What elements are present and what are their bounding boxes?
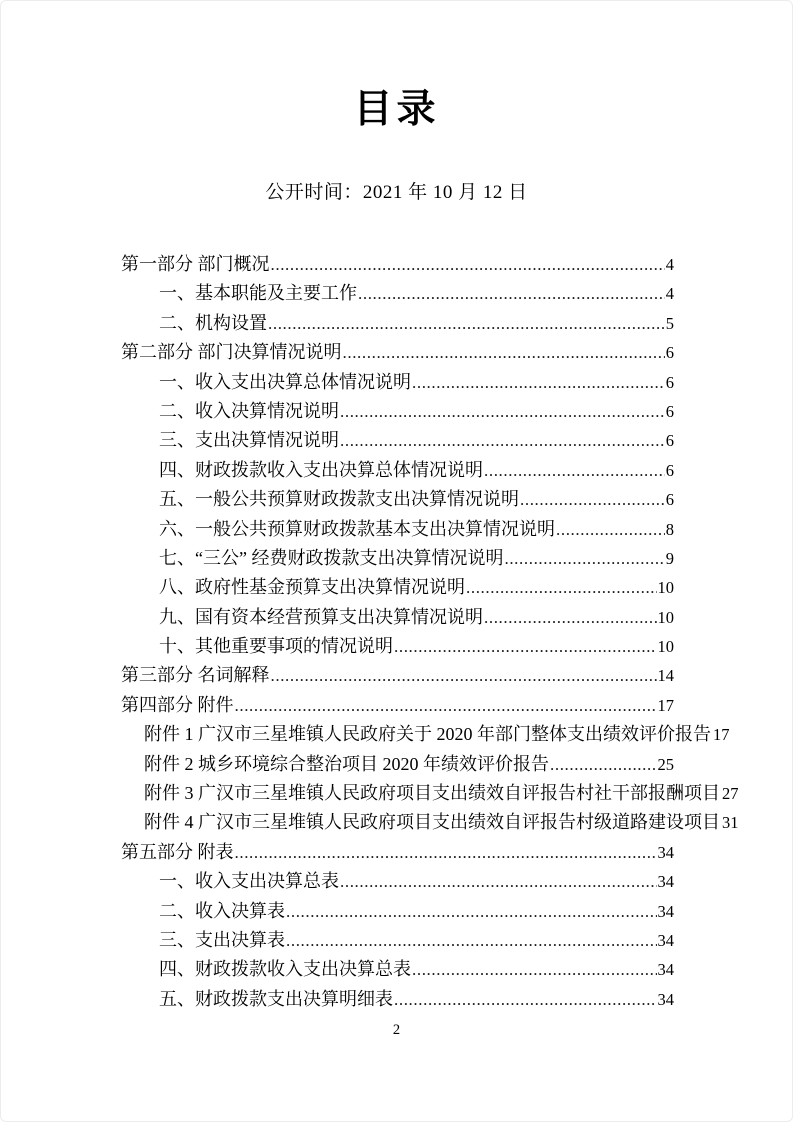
toc-entry[interactable]: 二、机构设置 .................................… <box>121 309 674 338</box>
toc-entry[interactable]: 二、收入决算情况说明 .............................… <box>121 397 674 426</box>
toc-entry[interactable]: 附件 1 广汉市三星堆镇人民政府关于 2020 年部门整体支出绩效评价报告 ..… <box>121 720 674 749</box>
toc-entry-label: 第五部分 附表 <box>121 838 234 867</box>
toc-entry-label: 七、“三公” 经费财政拨款支出决算情况说明 <box>159 544 503 573</box>
toc-entry-page-number: 34 <box>658 955 675 984</box>
dot-leader: ........................................… <box>504 544 664 573</box>
toc-entry-page-number: 8 <box>666 515 674 544</box>
dot-leader: ........................................… <box>550 750 657 779</box>
toc-entry-page-number: 6 <box>666 485 674 514</box>
toc-entry[interactable]: 五、财政拨款支出决算明细表 ..........................… <box>121 985 674 1014</box>
toc-entry-page-number: 14 <box>658 661 675 690</box>
toc-entry-page-number: 6 <box>666 426 674 455</box>
dot-leader: ........................................… <box>235 691 657 720</box>
toc-entry[interactable]: 十、其他重要事项的情况说明 ..........................… <box>121 632 674 661</box>
toc-entry[interactable]: 八、政府性基金预算支出决算情况说明 ......................… <box>121 573 674 602</box>
dot-leader: ........................................… <box>340 426 665 455</box>
toc-entry-label: 附件 1 广汉市三星堆镇人民政府关于 2020 年部门整体支出绩效评价报告 <box>144 720 711 749</box>
toc-entry-label: 一、基本职能及主要工作 <box>159 279 357 308</box>
dot-leader: ........................................… <box>520 485 665 514</box>
document-page: 目录 公开时间：2021 年 10 月 12 日 第一部分 部门概况 .....… <box>0 0 793 1122</box>
toc-entry-page-number: 34 <box>658 985 675 1014</box>
toc-entry-page-number: 6 <box>666 338 674 367</box>
toc-entry-label: 三、支出决算表 <box>159 926 285 955</box>
publish-time: 公开时间：2021 年 10 月 12 日 <box>1 181 792 205</box>
toc-entry-label: 第四部分 附件 <box>121 691 234 720</box>
toc-entry-page-number: 10 <box>658 632 675 661</box>
toc-entry-label: 四、财政拨款收入支出决算总表 <box>159 955 411 984</box>
toc-entry[interactable]: 二、收入决算表 ................................… <box>121 897 674 926</box>
toc-entry[interactable]: 第五部分 附表 ................................… <box>121 838 674 867</box>
dot-leader: ........................................… <box>394 985 657 1014</box>
toc-entry-page-number: 34 <box>658 867 675 896</box>
toc-entry-page-number: 6 <box>666 456 674 485</box>
dot-leader: ........................................… <box>358 279 665 308</box>
toc-entry[interactable]: 第三部分 名词解释 ..............................… <box>121 661 674 690</box>
toc-entry[interactable]: 第二部分 部门决算情况说明 ..........................… <box>121 338 674 367</box>
dot-leader: ........................................… <box>343 338 665 367</box>
page-number: 2 <box>1 1022 792 1039</box>
toc-entry[interactable]: 三、支出决算情况说明 .............................… <box>121 426 674 455</box>
toc-entry[interactable]: 一、收入支出决算总体情况说明 .........................… <box>121 368 674 397</box>
toc-entry-label: 第二部分 部门决算情况说明 <box>121 338 342 367</box>
toc-entry-page-number: 10 <box>658 573 675 602</box>
toc-entry[interactable]: 六、一般公共预算财政拨款基本支出决算情况说明 .................… <box>121 515 674 544</box>
dot-leader: ........................................… <box>412 955 657 984</box>
toc-entry-page-number: 17 <box>658 691 675 720</box>
toc-entry[interactable]: 四、财政拨款收入支出决算总表 .........................… <box>121 955 674 984</box>
toc-entry[interactable]: 七、“三公” 经费财政拨款支出决算情况说明 ..................… <box>121 544 674 573</box>
toc-entry[interactable]: 一、基本职能及主要工作 ............................… <box>121 279 674 308</box>
dot-leader: ........................................… <box>268 309 665 338</box>
toc-entry-label: 二、机构设置 <box>159 309 267 338</box>
dot-leader: ........................................… <box>466 573 657 602</box>
toc-entry-label: 第三部分 名词解释 <box>121 661 270 690</box>
dot-leader: ........................................… <box>484 456 665 485</box>
toc-entry-label: 一、收入支出决算总体情况说明 <box>159 368 411 397</box>
toc-entry-label: 附件 3 广汉市三星堆镇人民政府项目支出绩效自评报告村社干部报酬项目 <box>144 779 720 808</box>
toc-entry-page-number: 34 <box>658 897 675 926</box>
dot-leader: ........................................… <box>556 515 665 544</box>
toc-entry-label: 八、政府性基金预算支出决算情况说明 <box>159 573 465 602</box>
page-title: 目录 <box>1 1 792 133</box>
toc-entry-page-number: 10 <box>658 603 675 632</box>
toc-entry[interactable]: 附件 2 城乡环境综合整治项目 2020 年绩效评价报告 ...........… <box>121 750 674 779</box>
toc-entry-page-number: 31 <box>722 808 739 837</box>
toc-entry[interactable]: 附件 3 广汉市三星堆镇人民政府项目支出绩效自评报告村社干部报酬项目 .....… <box>121 779 674 808</box>
toc-entry-page-number: 34 <box>658 838 675 867</box>
toc-entry-page-number: 17 <box>713 720 730 749</box>
dot-leader: ........................................… <box>484 603 657 632</box>
toc-entry-label: 五、财政拨款支出决算明细表 <box>159 985 393 1014</box>
toc-entry-page-number: 27 <box>722 779 739 808</box>
toc-entry-label: 三、支出决算情况说明 <box>159 426 339 455</box>
toc-entry-page-number: 4 <box>666 279 674 308</box>
dot-leader: ........................................… <box>412 368 665 397</box>
toc-entry[interactable]: 附件 4 广汉市三星堆镇人民政府项目支出绩效自评报告村级道路建设项目 .....… <box>121 808 674 837</box>
toc-entry-label: 四、财政拨款收入支出决算总体情况说明 <box>159 456 483 485</box>
toc-entry-label: 二、收入决算表 <box>159 897 285 926</box>
toc-entry-label: 九、国有资本经营预算支出决算情况说明 <box>159 603 483 632</box>
toc-entry-label: 第一部分 部门概况 <box>121 250 270 279</box>
toc-entry-page-number: 9 <box>666 544 674 573</box>
toc-list: 第一部分 部门概况 ..............................… <box>121 250 674 1014</box>
toc-entry-page-number: 6 <box>666 368 674 397</box>
toc-entry-page-number: 6 <box>666 397 674 426</box>
toc-entry-page-number: 4 <box>666 250 674 279</box>
toc-entry-label: 二、收入决算情况说明 <box>159 397 339 426</box>
toc-entry-label: 五、一般公共预算财政拨款支出决算情况说明 <box>159 485 519 514</box>
toc-entry[interactable]: 第四部分 附件 ................................… <box>121 691 674 720</box>
dot-leader: ........................................… <box>340 397 665 426</box>
toc-entry-label: 附件 4 广汉市三星堆镇人民政府项目支出绩效自评报告村级道路建设项目 <box>144 808 720 837</box>
toc-entry-page-number: 34 <box>658 926 675 955</box>
toc-entry[interactable]: 三、支出决算表 ................................… <box>121 926 674 955</box>
toc-entry-label: 六、一般公共预算财政拨款基本支出决算情况说明 <box>159 515 555 544</box>
dot-leader: ........................................… <box>235 838 657 867</box>
toc-entry[interactable]: 第一部分 部门概况 ..............................… <box>121 250 674 279</box>
dot-leader: ........................................… <box>271 250 665 279</box>
toc-entry[interactable]: 五、一般公共预算财政拨款支出决算情况说明 ...................… <box>121 485 674 514</box>
dot-leader: ........................................… <box>286 897 657 926</box>
toc-entry-label: 十、其他重要事项的情况说明 <box>159 632 393 661</box>
toc-entry[interactable]: 九、国有资本经营预算支出决算情况说明 .....................… <box>121 603 674 632</box>
toc-entry-label: 附件 2 城乡环境综合整治项目 2020 年绩效评价报告 <box>144 750 549 779</box>
dot-leader: ........................................… <box>340 867 657 896</box>
dot-leader: ........................................… <box>394 632 657 661</box>
toc-entry[interactable]: 一、收入支出决算总表 .............................… <box>121 867 674 896</box>
dot-leader: ........................................… <box>271 661 657 690</box>
dot-leader: ........................................… <box>286 926 657 955</box>
toc-entry[interactable]: 四、财政拨款收入支出决算总体情况说明 .....................… <box>121 456 674 485</box>
toc-entry-label: 一、收入支出决算总表 <box>159 867 339 896</box>
toc-entry-page-number: 25 <box>658 750 675 779</box>
toc-entry-page-number: 5 <box>666 309 674 338</box>
